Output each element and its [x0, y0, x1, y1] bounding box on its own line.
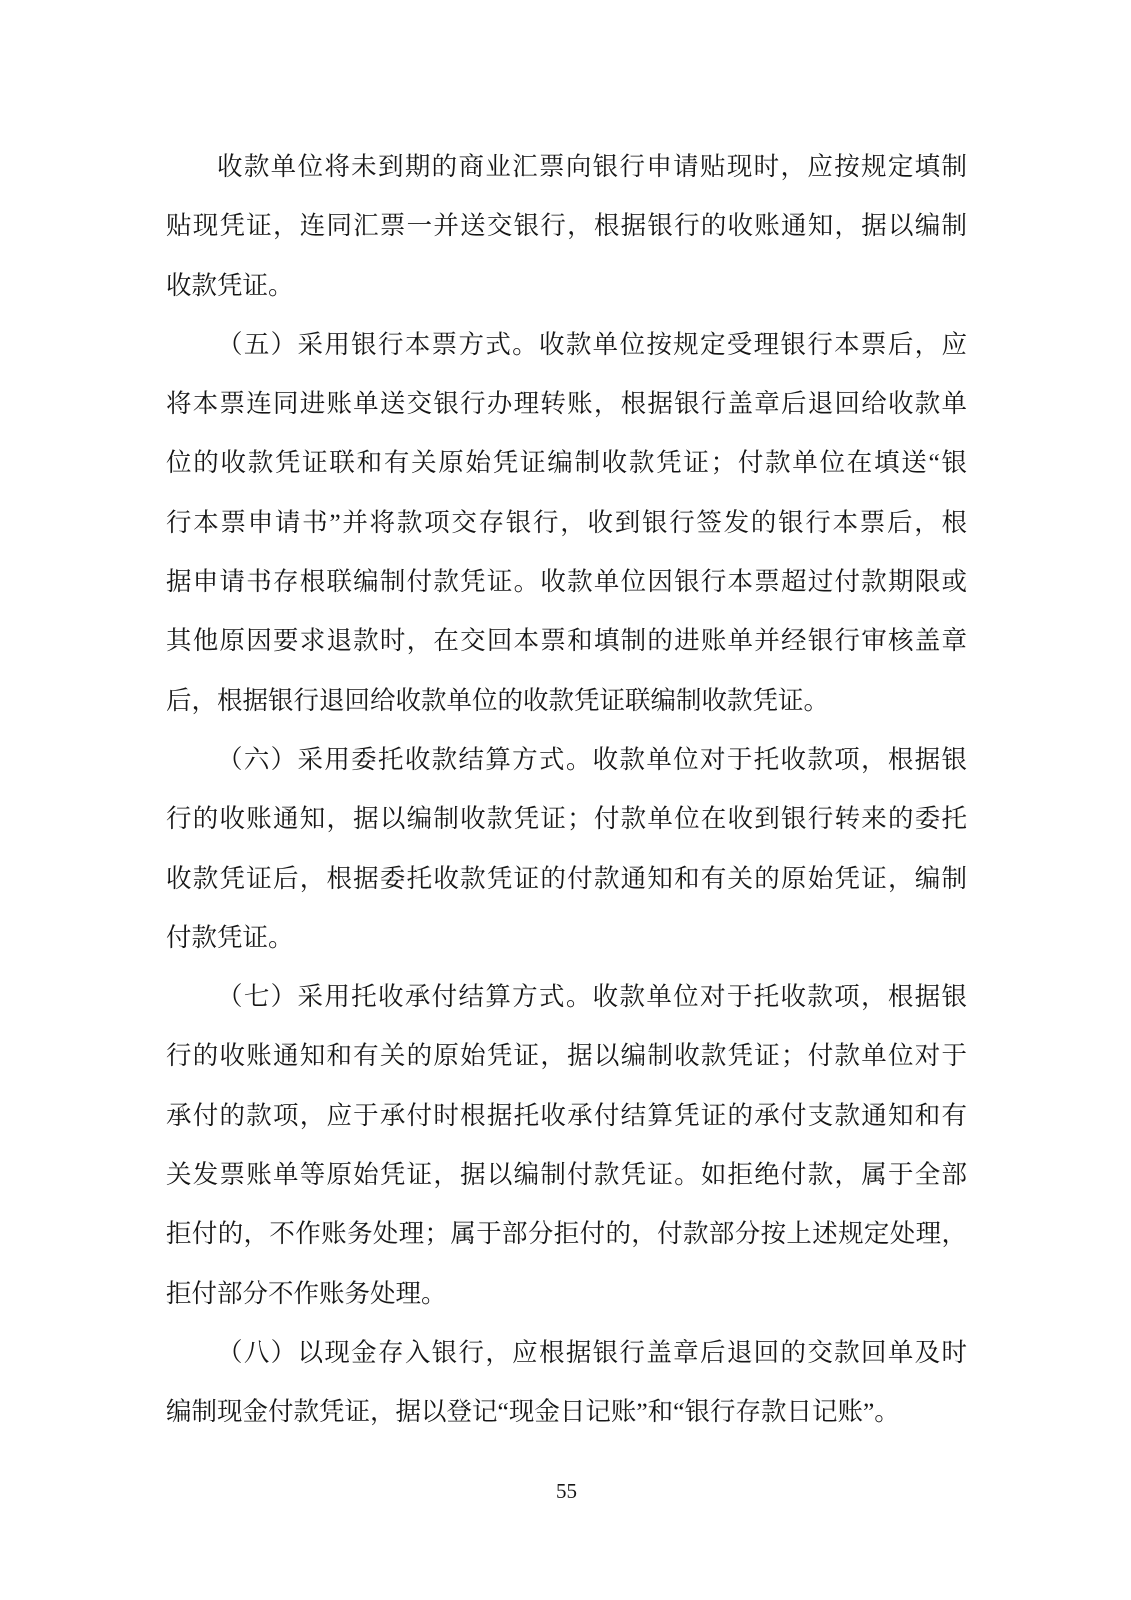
text-line: （七）采用托收承付结算方式。收款单位对于托收款项，根据银 [166, 967, 967, 1026]
document-page: 收款单位将未到期的商业汇票向银行申请贴现时，应按规定填制贴现凭证，连同汇票一并送… [0, 0, 1131, 1600]
text-line: （六）采用委托收款结算方式。收款单位对于托收款项，根据银 [166, 730, 967, 789]
text-line: 行本票申请书”并将款项交存银行，收到银行签发的银行本票后，根 [166, 493, 967, 552]
text-line: 将本票连同进账单送交银行办理转账，根据银行盖章后退回给收款单 [166, 374, 967, 433]
text-line: 行的收账通知和有关的原始凭证，据以编制收款凭证；付款单位对于 [166, 1026, 967, 1085]
paragraph: （八）以现金存入银行，应根据银行盖章后退回的交款回单及时编制现金付款凭证，据以登… [166, 1323, 967, 1442]
text-line: （五）采用银行本票方式。收款单位按规定受理银行本票后，应 [166, 315, 967, 374]
paragraph: （七）采用托收承付结算方式。收款单位对于托收款项，根据银行的收账通知和有关的原始… [166, 967, 967, 1323]
text-line: 收款凭证。 [166, 256, 967, 315]
text-line: 拒付部分不作账务处理。 [166, 1264, 967, 1323]
text-line: 收款凭证后，根据委托收款凭证的付款通知和有关的原始凭证，编制 [166, 849, 967, 908]
text-line: 位的收款凭证联和有关原始凭证编制收款凭证；付款单位在填送“银 [166, 433, 967, 492]
text-line: 后，根据银行退回给收款单位的收款凭证联编制收款凭证。 [166, 671, 967, 730]
text-line: 编制现金付款凭证，据以登记“现金日记账”和“银行存款日记账”。 [166, 1382, 967, 1441]
text-line: 承付的款项，应于承付时根据托收承付结算凭证的承付支款通知和有 [166, 1086, 967, 1145]
page-number: 55 [166, 1473, 967, 1509]
text-line: 其他原因要求退款时，在交回本票和填制的进账单并经银行审核盖章 [166, 611, 967, 670]
paragraph: 收款单位将未到期的商业汇票向银行申请贴现时，应按规定填制贴现凭证，连同汇票一并送… [166, 137, 967, 315]
paragraph: （六）采用委托收款结算方式。收款单位对于托收款项，根据银行的收账通知，据以编制收… [166, 730, 967, 967]
text-line: 据申请书存根联编制付款凭证。收款单位因银行本票超过付款期限或 [166, 552, 967, 611]
text-line: 行的收账通知，据以编制收款凭证；付款单位在收到银行转来的委托 [166, 789, 967, 848]
text-line: 付款凭证。 [166, 908, 967, 967]
text-line: 贴现凭证，连同汇票一并送交银行，根据银行的收账通知，据以编制 [166, 196, 967, 255]
text-block: 收款单位将未到期的商业汇票向银行申请贴现时，应按规定填制贴现凭证，连同汇票一并送… [166, 137, 967, 1442]
text-line: 关发票账单等原始凭证，据以编制付款凭证。如拒绝付款，属于全部 [166, 1145, 967, 1204]
text-line: 收款单位将未到期的商业汇票向银行申请贴现时，应按规定填制 [166, 137, 967, 196]
text-line: 拒付的，不作账务处理；属于部分拒付的，付款部分按上述规定处理， [166, 1204, 967, 1263]
paragraph: （五）采用银行本票方式。收款单位按规定受理银行本票后，应将本票连同进账单送交银行… [166, 315, 967, 730]
text-line: （八）以现金存入银行，应根据银行盖章后退回的交款回单及时 [166, 1323, 967, 1382]
